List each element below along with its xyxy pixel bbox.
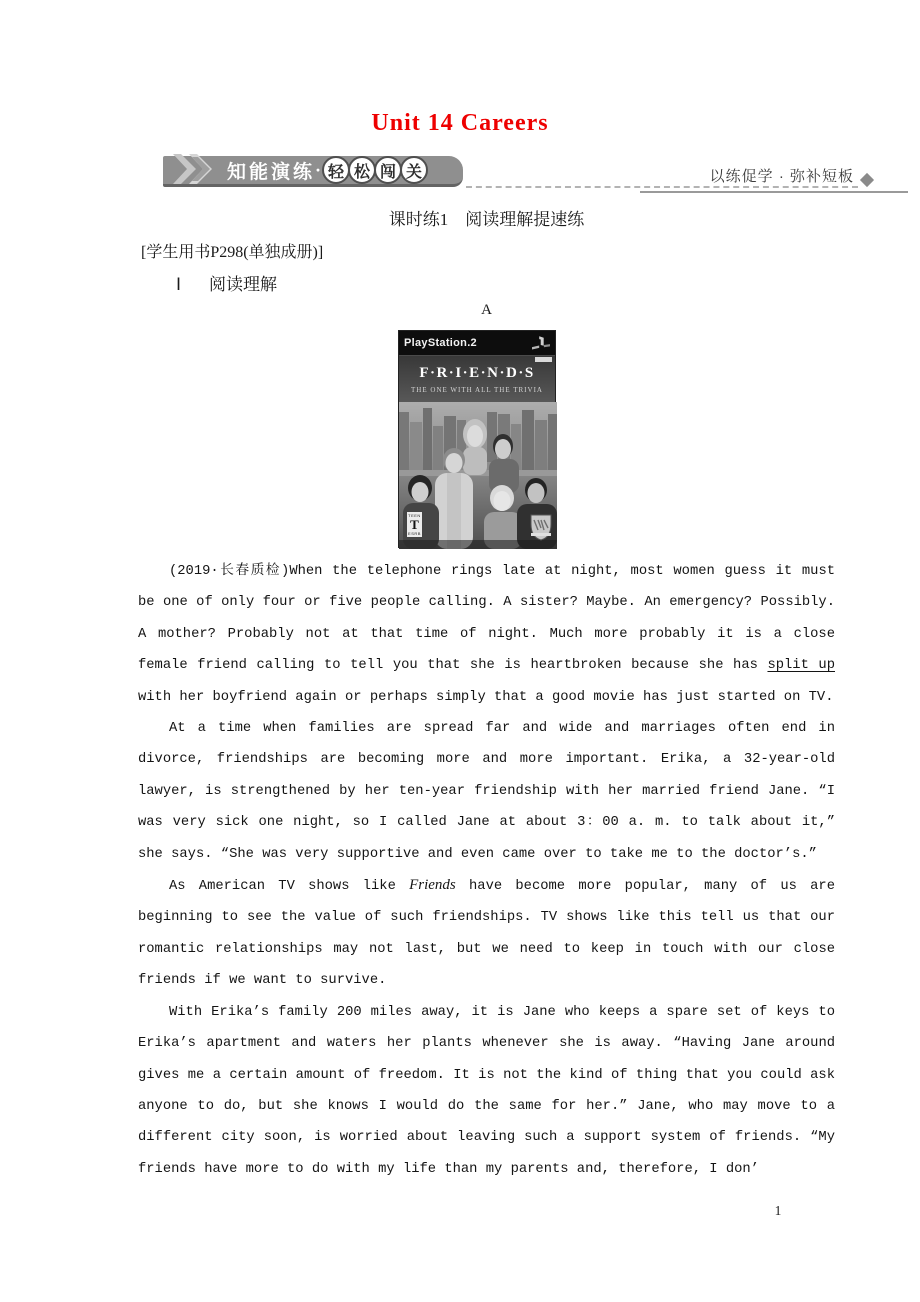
banner-circle-char: 关 xyxy=(400,156,428,184)
dashed-rule xyxy=(466,186,858,188)
cover-platform-bar: PlayStation.2 xyxy=(399,331,555,356)
cover-tagline: THE ONE WITH ALL THE TRIVIA xyxy=(399,386,555,394)
banner-right-slogan: 以练促学 · 弥补短板 xyxy=(662,165,872,186)
lesson-title: 课时练1 阅读理解提速练 xyxy=(138,205,835,230)
page-title: Unit 14 Careers xyxy=(0,110,920,137)
part-numeral: Ⅰ xyxy=(176,275,181,294)
game-cover-image: PlayStation.2 F·R·I·E·N·D·S THE ONE WITH… xyxy=(398,330,556,548)
section-banner: 知能演练 · 轻松闯关 xyxy=(163,156,463,187)
paragraph: As American TV shows like Friends have b… xyxy=(138,870,835,997)
cover-title-area: F·R·I·E·N·D·S THE ONE WITH ALL THE TRIVI… xyxy=(399,356,555,402)
paragraph: (2019·长春质检)When the telephone rings late… xyxy=(138,556,835,713)
part-heading: Ⅰ阅读理解 xyxy=(176,270,277,295)
banner-dot: · xyxy=(315,160,321,181)
rating-letter: T xyxy=(410,519,419,530)
playstation-logo-icon xyxy=(532,336,550,351)
page-number: 1 xyxy=(769,1203,787,1219)
banner-circle-char: 轻 xyxy=(322,156,350,184)
diamond-icon xyxy=(860,173,874,187)
chevron-right-icon xyxy=(171,152,223,186)
solid-rule xyxy=(640,191,908,193)
rating-board-label: ESRB xyxy=(408,531,421,536)
worksheet-page: Unit 14 Careers 知能演练 · 轻松闯关 以练促学 · 弥补短板 … xyxy=(0,0,920,1302)
publisher-chip xyxy=(535,357,552,362)
passage-label: A xyxy=(138,302,835,319)
banner-circle-char: 闯 xyxy=(374,156,402,184)
paragraph: At a time when families are spread far a… xyxy=(138,713,835,870)
part-title: 阅读理解 xyxy=(209,275,277,294)
banner-left-label: 知能演练 xyxy=(227,157,315,184)
banner-circles: 轻松闯关 xyxy=(324,156,428,184)
book-reference: [学生用书P298(单独成册)] xyxy=(141,239,323,262)
banner-circle-char: 松 xyxy=(348,156,376,184)
passage: (2019·长春质检)When the telephone rings late… xyxy=(138,556,835,1185)
cover-photo: TEEN T ESRB xyxy=(399,402,557,549)
wb-shield-icon xyxy=(530,514,552,541)
esrb-rating-badge: TEEN T ESRB xyxy=(406,511,423,538)
banner-right-label: 以练促学 · 弥补短板 xyxy=(710,168,854,185)
paragraph: With Erika’s family 200 miles away, it i… xyxy=(138,997,835,1185)
platform-label: PlayStation.2 xyxy=(404,337,477,349)
cover-title: F·R·I·E·N·D·S xyxy=(399,356,555,382)
